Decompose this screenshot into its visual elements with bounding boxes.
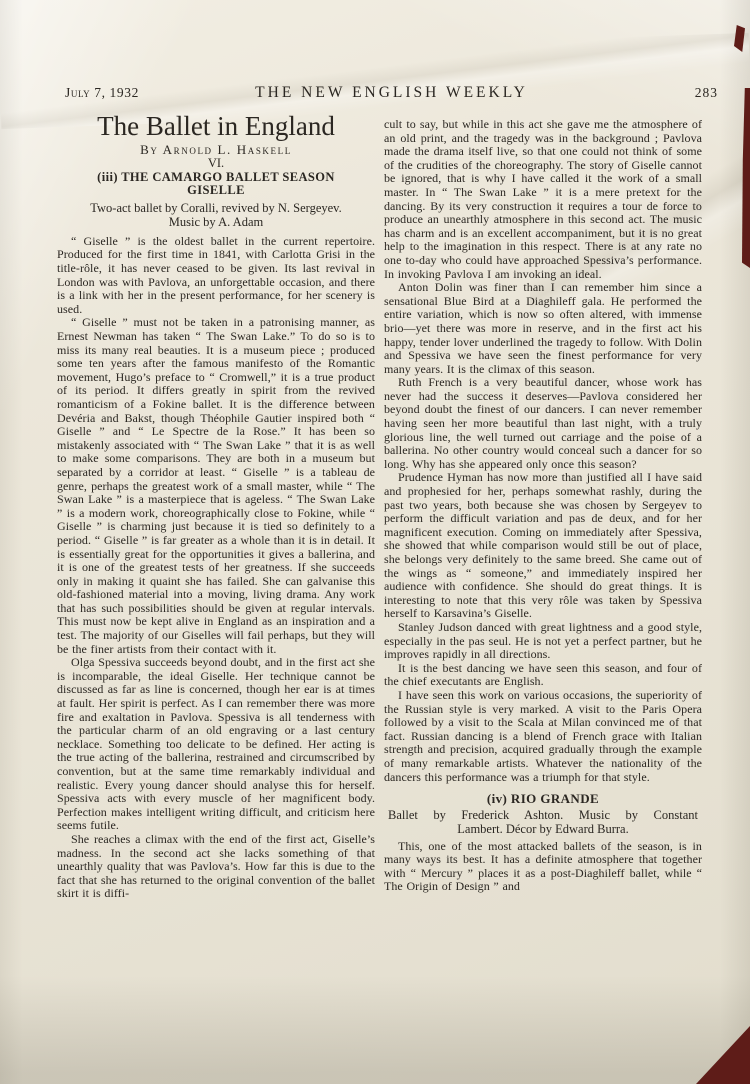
running-header: July 7, 1932 THE NEW ENGLISH WEEKLY 283 — [57, 84, 718, 102]
paragraph: Olga Spessiva succeeds beyond doubt, and… — [57, 656, 375, 833]
section-heading-camargo: (iii) THE CAMARGO BALLET SEASON — [57, 171, 375, 185]
section-subheading-giselle: GISELLE — [57, 184, 375, 198]
page-number: 283 — [548, 85, 718, 101]
journal-title: THE NEW ENGLISH WEEKLY — [235, 84, 548, 102]
paragraph: “ Giselle ” must not be taken in a patro… — [57, 316, 375, 656]
paragraph: Prudence Hyman has now more than justifi… — [384, 471, 702, 621]
paragraph: She reaches a climax with the end of the… — [57, 833, 375, 901]
rio-grande-section: (iv) RIO GRANDE Ballet by Frederick Asht… — [384, 792, 702, 894]
rio-grande-credits-line1: Ballet by Frederick Ashton. Music by Con… — [384, 808, 702, 823]
paragraph: It is the best dancing we have seen this… — [384, 662, 702, 689]
paragraph: Ruth French is a very beautiful dancer, … — [384, 376, 702, 471]
article-part-number: VI. — [57, 157, 375, 171]
paragraph: Stanley Judson danced with great lightne… — [384, 621, 702, 662]
left-column-body: “ Giselle ” is the oldest ballet in the … — [57, 235, 375, 901]
paragraph: This, one of the most attacked ballets o… — [384, 840, 702, 894]
issue-date: July 7, 1932 — [57, 85, 235, 101]
paragraph: I have seen this work on various occasio… — [384, 689, 702, 784]
paragraph: “ Giselle ” is the oldest ballet in the … — [57, 235, 375, 317]
giselle-credits: Two-act ballet by Coralli, revived by N.… — [57, 201, 375, 230]
giselle-credits-line2: Music by A. Adam — [57, 215, 375, 230]
left-column: The Ballet in England By Arnold L. Haske… — [57, 112, 375, 964]
paragraph: Anton Dolin was finer than I can remembe… — [384, 281, 702, 376]
article-byline: By Arnold L. Haskell — [57, 143, 375, 157]
section-heading-rio-grande: (iv) RIO GRANDE — [384, 792, 702, 806]
giselle-credits-line1: Two-act ballet by Coralli, revived by N.… — [57, 201, 375, 216]
right-column-body: cult to say, but while in this act she g… — [384, 118, 702, 784]
article-title: The Ballet in England — [57, 112, 375, 140]
rio-grande-credits-line2: Lambert. Décor by Edward Burra. — [384, 822, 702, 837]
right-column: cult to say, but while in this act she g… — [384, 118, 702, 1048]
paragraph: cult to say, but while in this act she g… — [384, 118, 702, 281]
rio-grande-body: This, one of the most attacked ballets o… — [384, 840, 702, 894]
